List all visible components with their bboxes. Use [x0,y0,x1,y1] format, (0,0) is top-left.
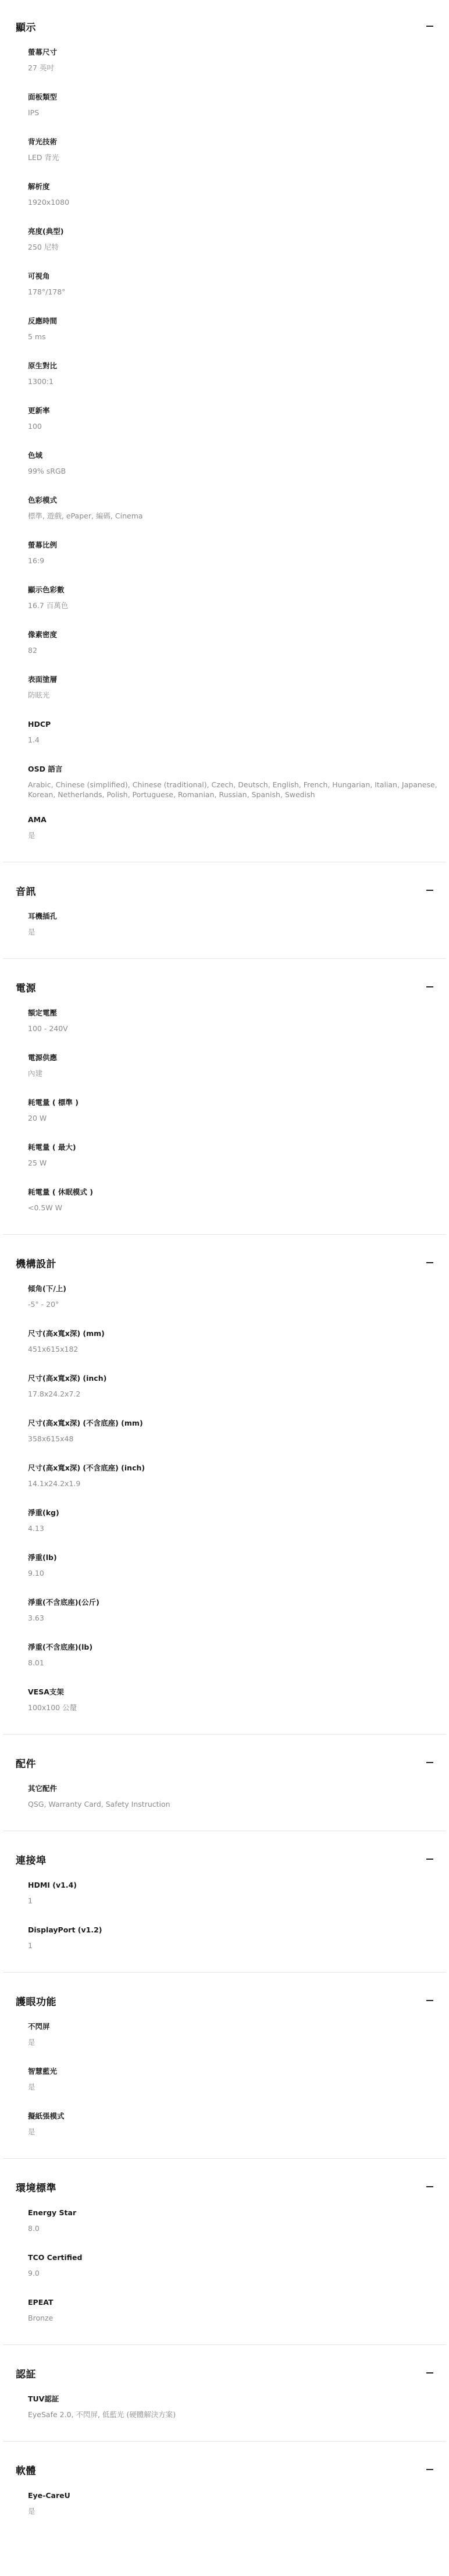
spec-value: 1 [28,1896,438,1906]
spec-value: <0.5W W [28,1203,438,1213]
spec-item: 色彩模式 標準, 遊戲, ePaper, 編碼, Cinema [28,496,446,541]
minus-icon[interactable] [426,1257,433,1269]
spec-label: 像素密度 [28,630,446,639]
spec-item: 耗電量 ( 標準 ) 20 W [28,1098,446,1143]
spec-item: 尺寸(高x寬x深) (不含底座) (inch) 14.1x24.2x1.9 [28,1463,446,1508]
section-header-toggle[interactable]: 軟體 [3,2461,446,2478]
spec-section-7: 環境標準 Energy Star 8.0 TCO Certified 9.0 E… [3,2158,446,2344]
minus-icon[interactable] [426,981,433,993]
section-header-toggle[interactable]: 環境標準 [3,2178,446,2195]
spec-value: 4.13 [28,1523,438,1533]
spec-value: 1 [28,1941,438,1950]
spec-value: 16.7 百萬色 [28,601,438,610]
section-body: Eye-CareU 是 [3,2478,446,2538]
section-header-toggle[interactable]: 音訊 [3,882,446,899]
spec-value: 16:9 [28,556,438,566]
spec-value: 82 [28,645,438,655]
section-body: 耳機插孔 是 [3,899,446,958]
spec-item: 亮度(典型) 250 尼特 [28,227,446,272]
spec-value: 1.4 [28,735,438,745]
spec-label: 原生對比 [28,361,446,371]
spec-value: 標準, 遊戲, ePaper, 編碼, Cinema [28,511,438,521]
section-title: 機構設計 [16,1256,56,1270]
spec-item: OSD 語言 Arabic, Chinese (simplified), Chi… [28,765,446,815]
spec-item: 淨重(lb) 9.10 [28,1553,446,1598]
spec-label: TUV認証 [28,2394,446,2404]
spec-value: 5 ms [28,332,438,342]
spec-section-4: 配件 其它配件 QSG, Warranty Card, Safety Instr… [3,1734,446,1831]
spec-label: 耗電量 ( 標準 ) [28,1098,446,1107]
spec-item: 淨重(不含底座)(lb) 8.01 [28,1643,446,1687]
spec-label: VESA支架 [28,1687,446,1697]
section-title: 認証 [16,2366,36,2380]
spec-value: 3.63 [28,1613,438,1623]
section-title: 連接埠 [16,1852,47,1867]
section-header-toggle[interactable]: 連接埠 [3,1850,446,1868]
spec-label: Energy Star [28,2208,446,2218]
spec-item: 尺寸(高x寬x深) (inch) 17.8x24.2x7.2 [28,1374,446,1419]
spec-value: QSG, Warranty Card, Safety Instruction [28,1799,438,1809]
spec-item: 色域 99% sRGB [28,451,446,496]
spec-label: Eye-CareU [28,2491,446,2500]
minus-icon[interactable] [426,1757,433,1768]
spec-item: Energy Star 8.0 [28,2208,446,2253]
spec-section-1: 音訊 耳機插孔 是 [3,862,446,958]
spec-label: 傾角(下/上) [28,1284,446,1294]
spec-label: 擬紙張模式 [28,2112,446,2121]
section-body: 其它配件 QSG, Warranty Card, Safety Instruct… [3,1771,446,1831]
minus-icon[interactable] [426,2367,433,2379]
spec-item: Eye-CareU 是 [28,2491,446,2520]
spec-label: OSD 語言 [28,765,446,774]
spec-label: 色域 [28,451,446,460]
spec-section-6: 護眼功能 不閃屏 是 智慧藍光 是 擬紙張模式 是 [3,1972,446,2158]
spec-item: TCO Certified 9.0 [28,2253,446,2298]
spec-item: 背光技術 LED 背光 [28,137,446,182]
spec-label: 耳機插孔 [28,912,446,921]
minus-icon[interactable] [426,20,433,32]
section-header-toggle[interactable]: 機構設計 [3,1254,446,1271]
spec-label: 顯示色彩數 [28,585,446,595]
spec-section-5: 連接埠 HDMI (v1.4) 1 DisplayPort (v1.2) 1 [3,1831,446,1972]
spec-label: 解析度 [28,182,446,191]
spec-label: 背光技術 [28,137,446,147]
spec-item: 反應時間 5 ms [28,317,446,361]
spec-item: 耳機插孔 是 [28,912,446,941]
spec-value: 100 - 240V [28,1024,438,1033]
spec-value: EyeSafe 2.0, 不閃屏, 低藍光 (硬體解決方案) [28,2410,438,2419]
spec-value: 是 [28,2082,438,2092]
spec-value: 8.0 [28,2223,438,2233]
spec-item: 螢幕尺寸 27 英吋 [28,48,446,93]
spec-item: 像素密度 82 [28,630,446,675]
spec-label: 表面塗層 [28,675,446,684]
section-title: 環境標準 [16,2180,56,2194]
spec-item: HDMI (v1.4) 1 [28,1881,446,1925]
section-header-toggle[interactable]: 配件 [3,1754,446,1771]
spec-item: HDCP 1.4 [28,720,446,765]
spec-value: 1300:1 [28,376,438,386]
spec-label: 亮度(典型) [28,227,446,236]
section-body: 螢幕尺寸 27 英吋 面板類型 IPS 背光技術 LED 背光 解析度 1920… [3,35,446,862]
spec-label: 反應時間 [28,317,446,326]
spec-item: 電源供應 內建 [28,1053,446,1098]
spec-item: 擬紙張模式 是 [28,2112,446,2141]
spec-label: 智慧藍光 [28,2067,446,2076]
spec-item: VESA支架 100x100 公釐 [28,1687,446,1717]
spec-label: 色彩模式 [28,496,446,505]
spec-value: 100 [28,421,438,431]
spec-label: DisplayPort (v1.2) [28,1925,446,1935]
spec-item: 表面塗層 防眩光 [28,675,446,720]
section-body: 不閃屏 是 智慧藍光 是 擬紙張模式 是 [3,2009,446,2158]
spec-label: 尺寸(高x寬x深) (不含底座) (inch) [28,1463,446,1473]
spec-label: 螢幕尺寸 [28,48,446,57]
minus-icon[interactable] [426,1995,433,2006]
spec-item: AMA 是 [28,815,446,844]
minus-icon[interactable] [426,1853,433,1865]
section-body: 額定電壓 100 - 240V 電源供應 內建 耗電量 ( 標準 ) 20 W … [3,996,446,1234]
spec-value: Bronze [28,2313,438,2323]
spec-value: 100x100 公釐 [28,1703,438,1712]
spec-section-0: 顯示 螢幕尺寸 27 英吋 面板類型 IPS 背光技術 LED 背光 解析度 1… [3,17,446,862]
spec-section-8: 認証 TUV認証 EyeSafe 2.0, 不閃屏, 低藍光 (硬體解決方案) [3,2344,446,2441]
spec-label: 淨重(不含底座)(lb) [28,1643,446,1652]
section-body: Energy Star 8.0 TCO Certified 9.0 EPEAT … [3,2195,446,2344]
section-title: 音訊 [16,883,36,898]
spec-item: 耗電量 ( 休眠模式 ) <0.5W W [28,1188,446,1217]
spec-value: 27 英吋 [28,63,438,73]
spec-item: 不閃屏 是 [28,2022,446,2067]
spec-value: Arabic, Chinese (simplified), Chinese (t… [28,780,438,800]
spec-value: IPS [28,108,438,118]
spec-item: 耗電量 ( 最大) 25 W [28,1143,446,1188]
spec-item: EPEAT Bronze [28,2298,446,2327]
spec-label: 耗電量 ( 休眠模式 ) [28,1188,446,1197]
spec-item: 尺寸(高x寬x深) (不含底座) (mm) 358x615x48 [28,1419,446,1463]
spec-value: 14.1x24.2x1.9 [28,1479,438,1488]
spec-label: 尺寸(高x寬x深) (mm) [28,1329,446,1338]
spec-value: 20 W [28,1113,438,1123]
spec-value: 是 [28,830,438,840]
spec-item: 更新率 100 [28,406,446,451]
spec-item: 顯示色彩數 16.7 百萬色 [28,585,446,630]
spec-page: 顯示 螢幕尺寸 27 英吋 面板類型 IPS 背光技術 LED 背光 解析度 1… [0,0,449,2538]
spec-section-3: 機構設計 傾角(下/上) -5° - 20° 尺寸(高x寬x深) (mm) 45… [3,1234,446,1734]
section-title: 護眼功能 [16,1994,56,2008]
spec-value: 9.0 [28,2268,438,2278]
spec-label: 可視角 [28,272,446,281]
spec-value: 250 尼特 [28,242,438,252]
spec-label: EPEAT [28,2298,446,2307]
spec-value: 是 [28,2037,438,2047]
spec-label: HDMI (v1.4) [28,1881,446,1890]
spec-item: 額定電壓 100 - 240V [28,1008,446,1053]
spec-value: LED 背光 [28,152,438,162]
spec-value: 1920x1080 [28,197,438,207]
spec-label: HDCP [28,720,446,729]
section-title: 顯示 [16,19,36,34]
spec-value: 178°/178° [28,287,438,297]
section-header-toggle[interactable]: 顯示 [3,17,446,35]
minus-icon[interactable] [426,884,433,896]
spec-label: 淨重(lb) [28,1553,446,1562]
minus-icon[interactable] [426,2181,433,2193]
spec-item: 面板類型 IPS [28,93,446,137]
spec-label: 淨重(不含底座)(公斤) [28,1598,446,1607]
spec-item: 智慧藍光 是 [28,2067,446,2112]
spec-value: 是 [28,2127,438,2137]
spec-value: 防眩光 [28,690,438,700]
spec-value: 17.8x24.2x7.2 [28,1389,438,1399]
spec-label: 尺寸(高x寬x深) (不含底座) (mm) [28,1419,446,1428]
spec-value: 內建 [28,1068,438,1078]
spec-item: 可視角 178°/178° [28,272,446,317]
spec-label: 不閃屏 [28,2022,446,2031]
section-body: 傾角(下/上) -5° - 20° 尺寸(高x寬x深) (mm) 451x615… [3,1271,446,1734]
section-header-toggle[interactable]: 認証 [3,2364,446,2382]
spec-item: 解析度 1920x1080 [28,182,446,227]
spec-value: 25 W [28,1158,438,1168]
spec-label: AMA [28,815,446,825]
section-title: 電源 [16,980,36,994]
spec-value: 358x615x48 [28,1434,438,1444]
spec-item: 傾角(下/上) -5° - 20° [28,1284,446,1329]
spec-label: 面板類型 [28,93,446,102]
spec-value: 是 [28,927,438,937]
spec-value: -5° - 20° [28,1299,438,1309]
spec-item: TUV認証 EyeSafe 2.0, 不閃屏, 低藍光 (硬體解決方案) [28,2394,446,2424]
spec-label: 尺寸(高x寬x深) (inch) [28,1374,446,1383]
section-body: TUV認証 EyeSafe 2.0, 不閃屏, 低藍光 (硬體解決方案) [3,2382,446,2441]
spec-section-2: 電源 額定電壓 100 - 240V 電源供應 內建 耗電量 ( 標準 ) 20… [3,958,446,1234]
spec-label: 耗電量 ( 最大) [28,1143,446,1152]
spec-item: 淨重(不含底座)(公斤) 3.63 [28,1598,446,1643]
spec-item: 淨重(kg) 4.13 [28,1508,446,1553]
spec-item: 螢幕比例 16:9 [28,541,446,585]
spec-label: 更新率 [28,406,446,415]
spec-item: 其它配件 QSG, Warranty Card, Safety Instruct… [28,1784,446,1813]
section-body: HDMI (v1.4) 1 DisplayPort (v1.2) 1 [3,1868,446,1972]
spec-item: DisplayPort (v1.2) 1 [28,1925,446,1955]
spec-value: 8.01 [28,1658,438,1668]
spec-label: 螢幕比例 [28,541,446,550]
section-header-toggle[interactable]: 護眼功能 [3,1992,446,2009]
section-title: 軟體 [16,2463,36,2477]
spec-label: 額定電壓 [28,1008,446,1018]
spec-label: TCO Certified [28,2253,446,2262]
spec-item: 尺寸(高x寬x深) (mm) 451x615x182 [28,1329,446,1374]
section-header-toggle[interactable]: 電源 [3,978,446,996]
section-title: 配件 [16,1756,36,1770]
spec-value: 99% sRGB [28,466,438,476]
spec-value: 9.10 [28,1568,438,1578]
spec-label: 電源供應 [28,1053,446,1063]
spec-item: 原生對比 1300:1 [28,361,446,406]
spec-section-9: 軟體 Eye-CareU 是 [3,2441,446,2538]
spec-label: 其它配件 [28,1784,446,1793]
spec-value: 451x615x182 [28,1344,438,1354]
minus-icon[interactable] [426,2464,433,2475]
spec-label: 淨重(kg) [28,1508,446,1518]
spec-value: 是 [28,2506,438,2516]
